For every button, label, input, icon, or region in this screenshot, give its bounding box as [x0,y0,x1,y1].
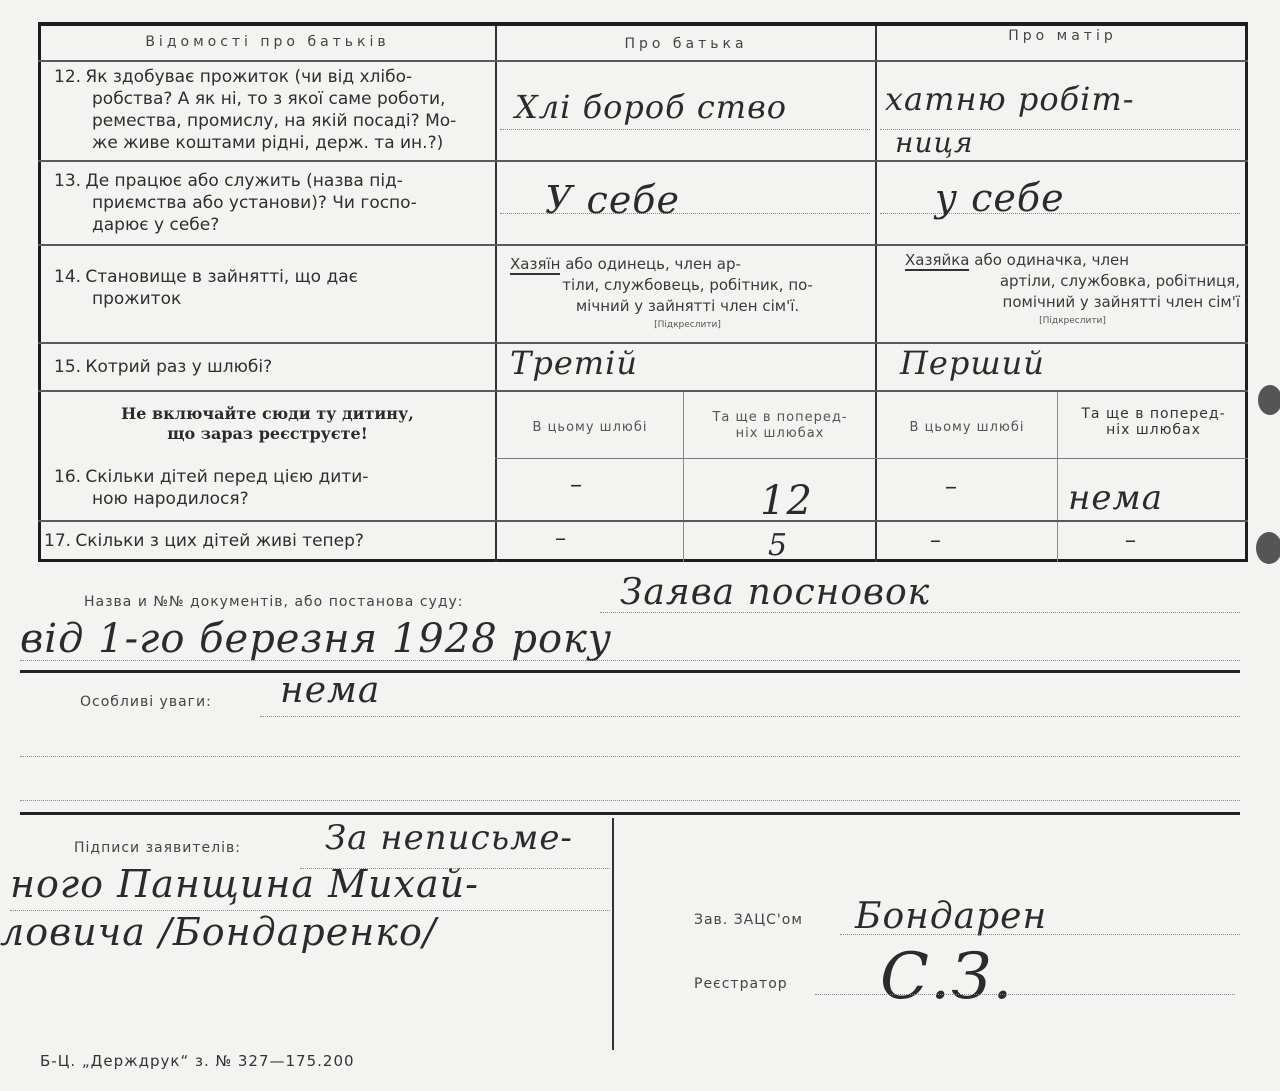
father-living-this: – [555,526,567,551]
option-line: тіли, службовець, робітник, по- [510,275,865,296]
remarks-label: Особливі уваги: [80,694,212,710]
column-divider [875,26,877,562]
col-mother-this-marriage: В цьому шлюбі [877,420,1057,436]
col-father-this-marriage: В цьому шлюбі [497,420,683,436]
row-divider [38,160,1248,162]
option-line: помічний у зайнятті член сім'ї [905,292,1240,313]
write-line [20,660,1240,661]
question-line: ною народилося? [54,488,494,510]
question-line: ремества, промислу, на якій посаді? Мо- [54,110,494,132]
write-line [20,800,1240,801]
question-12: 12. Як здобуває прожиток (чи від хлібо- … [54,66,494,154]
write-line [500,129,870,130]
question-line: дарює у себе? [54,214,494,236]
question-number: 12. [54,66,80,88]
applicants-label: Підписи заявителів: [74,840,241,856]
mother-living-this: – [930,528,942,553]
underline-instruction: [Підкреслити] [510,315,865,336]
warning-line: що зараз реєструєте! [40,424,495,444]
question-16: 16. Скільки дітей перед цією дити- ною н… [54,466,494,510]
question-number: 14. [54,266,80,288]
question-line: Становище в зайнятті, що дає [85,267,358,287]
option-line: або одинець, член ар- [565,255,741,273]
mother-living-previous: – [1125,528,1137,553]
column-divider [495,26,497,562]
registrar-label: Реєстратор [694,976,788,992]
column-divider [1057,390,1058,562]
row-divider [38,60,1248,62]
row-divider [38,244,1248,246]
head-signature: Бондарен [855,896,1047,937]
mother-marriage-count: Перший [900,344,1045,382]
question-17: 17. Скільки з цих дітей живі тепер? [44,530,484,552]
father-status-selected: Хазяїн [510,255,560,275]
col-father-previous-marriages: Та ще в поперед- ніх шлюбах [685,410,875,442]
col-header-line: Та ще в поперед- [685,410,875,426]
question-line: Як здобуває прожиток (чи від хлібо- [85,67,412,87]
question-15: 15. Котрий раз у шлюбі? [54,356,494,378]
documents-label: Назва и №№ документів, або постанова суд… [84,594,464,610]
underline-instruction: [Підкреслити] [905,311,1240,332]
question-14: 14. Становище в зайнятті, що дає прожито… [54,266,494,310]
question-line: Котрий раз у шлюбі? [85,357,272,377]
question-line: приємства або установи)? Чи госпо- [54,192,494,214]
question-line: прожиток [54,288,494,310]
signature-divider [612,818,614,1050]
section-divider [20,670,1240,673]
mother-children-this: – [945,472,958,500]
col-mother-previous-marriages: Та ще в поперед- ніх шлюбах [1059,406,1248,438]
question-13: 13. Де працює або служить (назва під- пр… [54,170,494,236]
header-father: Про батька [497,36,875,52]
documents-value-line2: від 1-го березня 1928 року [20,616,612,662]
option-line: мічний у зайнятті член сім'ї. [510,296,865,317]
question-line: Скільки дітей перед цією дити- [85,467,368,487]
write-line [260,716,1240,717]
question-number: 17. [44,530,70,552]
write-line [840,934,1240,935]
column-divider [683,390,684,562]
question-number: 13. [54,170,80,192]
father-status-options: Хазяїн або одинець, член ар- тіли, служб… [510,254,865,336]
write-line [815,994,1235,995]
registrar-signature: С.З. [880,940,1014,1014]
father-workplace: У себе [545,178,680,222]
col-header-line: ніх шлюбах [1059,422,1248,438]
remarks-value: нема [280,670,380,711]
mother-status-options: Хазяйка або одиначка, член артіли, служб… [905,250,1240,332]
mother-status-selected: Хазяйка [905,251,969,271]
warning-line: Не включайте сюди ту дитину, [40,404,495,424]
question-line: же живе коштами рідні, держ. та ин.?) [54,132,494,154]
section-divider [20,812,1240,815]
write-line [600,612,1240,613]
row-divider [38,390,1248,392]
applicants-signature-line3: ловича /Бондаренко/ [0,910,437,954]
father-marriage-count: Третій [510,344,638,382]
question-line: Скільки з цих дітей живі тепер? [75,531,364,551]
printer-footer: Б-Ц. „Держдрук“ з. № 327—175.200 [40,1052,355,1070]
mother-occupation-line1: хатню робіт- [885,80,1135,118]
father-occupation: Хлі бороб ство [515,88,787,126]
father-children-previous: 12 [760,478,813,524]
row-divider [38,520,1248,522]
father-children-this: – [570,470,583,498]
children-warning: Не включайте сюди ту дитину, що зараз ре… [40,404,495,444]
mother-occupation-line2: ниця [895,126,974,159]
col-header-line: ніх шлюбах [685,426,875,442]
row-divider [38,342,1248,344]
documents-value-line1: Заява посновок [620,572,930,613]
applicants-signature-line2: ного Панщина Михай- [10,862,479,906]
ink-blot [1256,532,1280,564]
head-label: Зав. ЗАЦС'ом [694,912,803,928]
header-mother: Про матір [877,28,1248,44]
header-info: Відомості про батьків [40,34,495,50]
option-line: артіли, службовка, робітниця, [905,271,1240,292]
question-line: Де працює або служить (назва під- [85,171,403,191]
question-number: 15. [54,356,80,378]
father-living-previous: 5 [768,528,788,563]
row-divider [495,458,1248,459]
write-line [20,756,1240,757]
col-header-line: Та ще в поперед- [1059,406,1248,422]
option-line: або одиначка, член [974,251,1129,269]
applicants-signature-line1: За неписьме- [325,818,573,858]
mother-children-previous: нема [1068,478,1163,518]
question-line: робства? А як ні, то з якої саме роботи, [54,88,494,110]
question-number: 16. [54,466,80,488]
ink-blot [1258,385,1280,415]
mother-workplace: у себе [935,176,1065,220]
